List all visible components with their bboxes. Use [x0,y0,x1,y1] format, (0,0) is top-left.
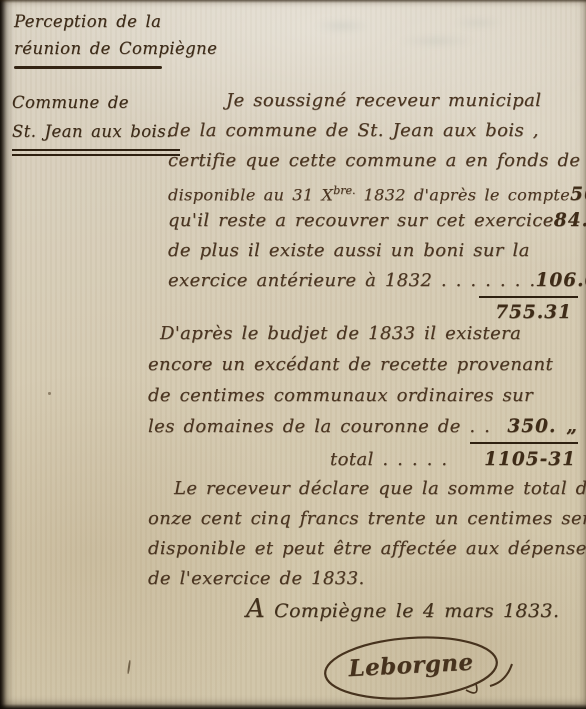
total-value: 1105-31 [470,442,578,475]
manuscript-page: Perception de la réunion de Compiègne Co… [0,0,586,709]
letterhead-underline [14,66,162,69]
amount-recouvrer: 84.37 [554,206,586,236]
text-line: Je soussigné receveur municipal [168,86,541,116]
text-line: encore un excédant de recette provenant [148,349,553,380]
closing-place-date: Compiègne le 4 mars 1833. [265,600,559,622]
text-line: onze cent cinq francs trente un centimes… [148,504,586,534]
amount-couronne: 350. „ [507,411,578,442]
letterhead-line: Perception de la [14,8,189,35]
budget-paragraph: D'après le budjet de 1833 il existera en… [148,318,578,473]
text-line: de centimes communaux ordinaires sur [148,380,533,411]
text-line: de l'exercice de 1833. [148,564,365,594]
letterhead: Perception de la réunion de Compiègne [14,8,189,69]
closing-line: A Compiègne le 4 mars 1833. [246,594,582,624]
commune-line: St. Jean aux bois. [12,117,192,146]
letterhead-line: réunion de Compiègne [14,35,189,62]
text-line: de la commune de St. Jean aux bois , [168,116,539,146]
signature-block: Leborgne [318,628,528,706]
text-line: Le receveur déclare que la somme total d… [148,474,586,504]
text-line: les domaines de la couronne de . . [148,411,490,442]
superscript-xbre: bre. [333,184,355,197]
ink-speck [48,392,51,395]
commune-block: Commune de St. Jean aux bois. [12,88,192,156]
total-label: total . . . . . [148,444,448,475]
ink-showthrough [300,8,510,68]
certificate-paragraph: Je soussigné receveur municipal de la co… [168,86,578,326]
commune-double-underline [12,149,180,156]
text-line: qu'il reste a recouvrer sur cet exercice [168,206,554,236]
text-line: de plus il existe aussi un boni sur la [168,236,530,266]
amount-boni: 106.04 [536,266,586,296]
text-line: disponible et peut être affectée aux dép… [148,534,586,564]
text-line: certifie que cette commune a en fonds de [168,146,580,176]
scan-edge-top [0,0,586,3]
scan-edge-left [0,0,6,709]
commune-line: Commune de [12,88,192,117]
text-line: exercice antérieure à 1832 . . . . . . . [168,266,536,296]
closing-initial: A [246,594,265,624]
declaration-paragraph: Le receveur déclare que la somme total d… [148,474,578,594]
text-line: D'après le budjet de 1833 il existera [148,318,521,349]
ink-speck [127,660,131,674]
